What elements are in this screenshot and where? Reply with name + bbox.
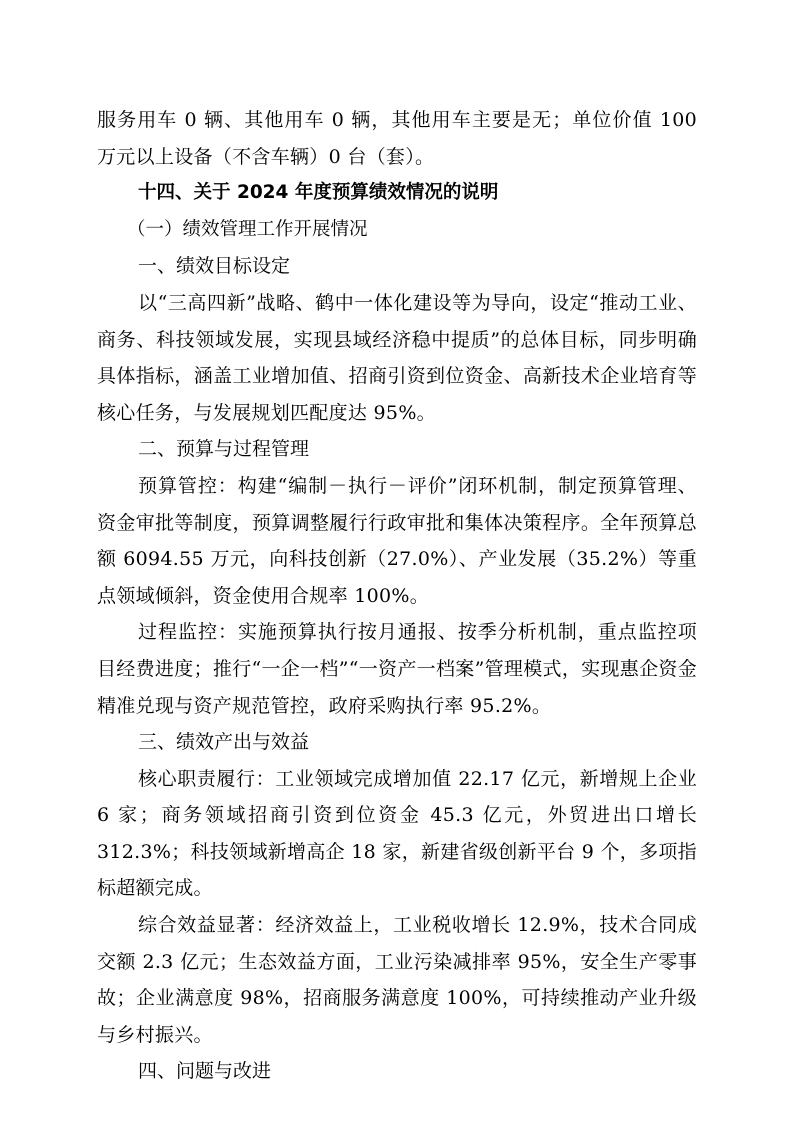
item-heading-goals: 一、绩效目标设定 — [97, 248, 697, 285]
item-heading-issues: 四、问题与改进 — [97, 1053, 697, 1090]
paragraph-budget-control: 预算管控：构建“编制－执行－评价”闭环机制，制定预算管理、资金审批等制度，预算调… — [97, 468, 697, 614]
paragraph-overall-benefits: 综合效益显著：经济效益上，工业税收增长 12.9%，技术合同成交额 2.3 亿元… — [97, 907, 697, 1053]
section-title: 十四、关于 2024 年度预算绩效情况的说明 — [97, 175, 697, 212]
paragraph-goals: 以“三高四新”战略、鹤中一体化建设等为导向，设定“推动工业、商务、科技领域发展，… — [97, 285, 697, 431]
item-heading-budget: 二、预算与过程管理 — [97, 431, 697, 468]
paragraph-process-monitoring: 过程监控：实施预算执行按月通报、按季分析机制，重点监控项目经费进度；推行“一企一… — [97, 614, 697, 724]
item-heading-outputs: 三、绩效产出与效益 — [97, 724, 697, 761]
subsection-title: （一）绩效管理工作开展情况 — [97, 212, 697, 249]
document-page: 服务用车 0 辆、其他用车 0 辆，其他用车主要是无；单位价值 100 万元以上… — [97, 102, 697, 1090]
continuation-paragraph: 服务用车 0 辆、其他用车 0 辆，其他用车主要是无；单位价值 100 万元以上… — [97, 102, 697, 175]
paragraph-core-duties: 核心职责履行：工业领域完成增加值 22.17 亿元，新增规上企业 6 家；商务领… — [97, 761, 697, 907]
